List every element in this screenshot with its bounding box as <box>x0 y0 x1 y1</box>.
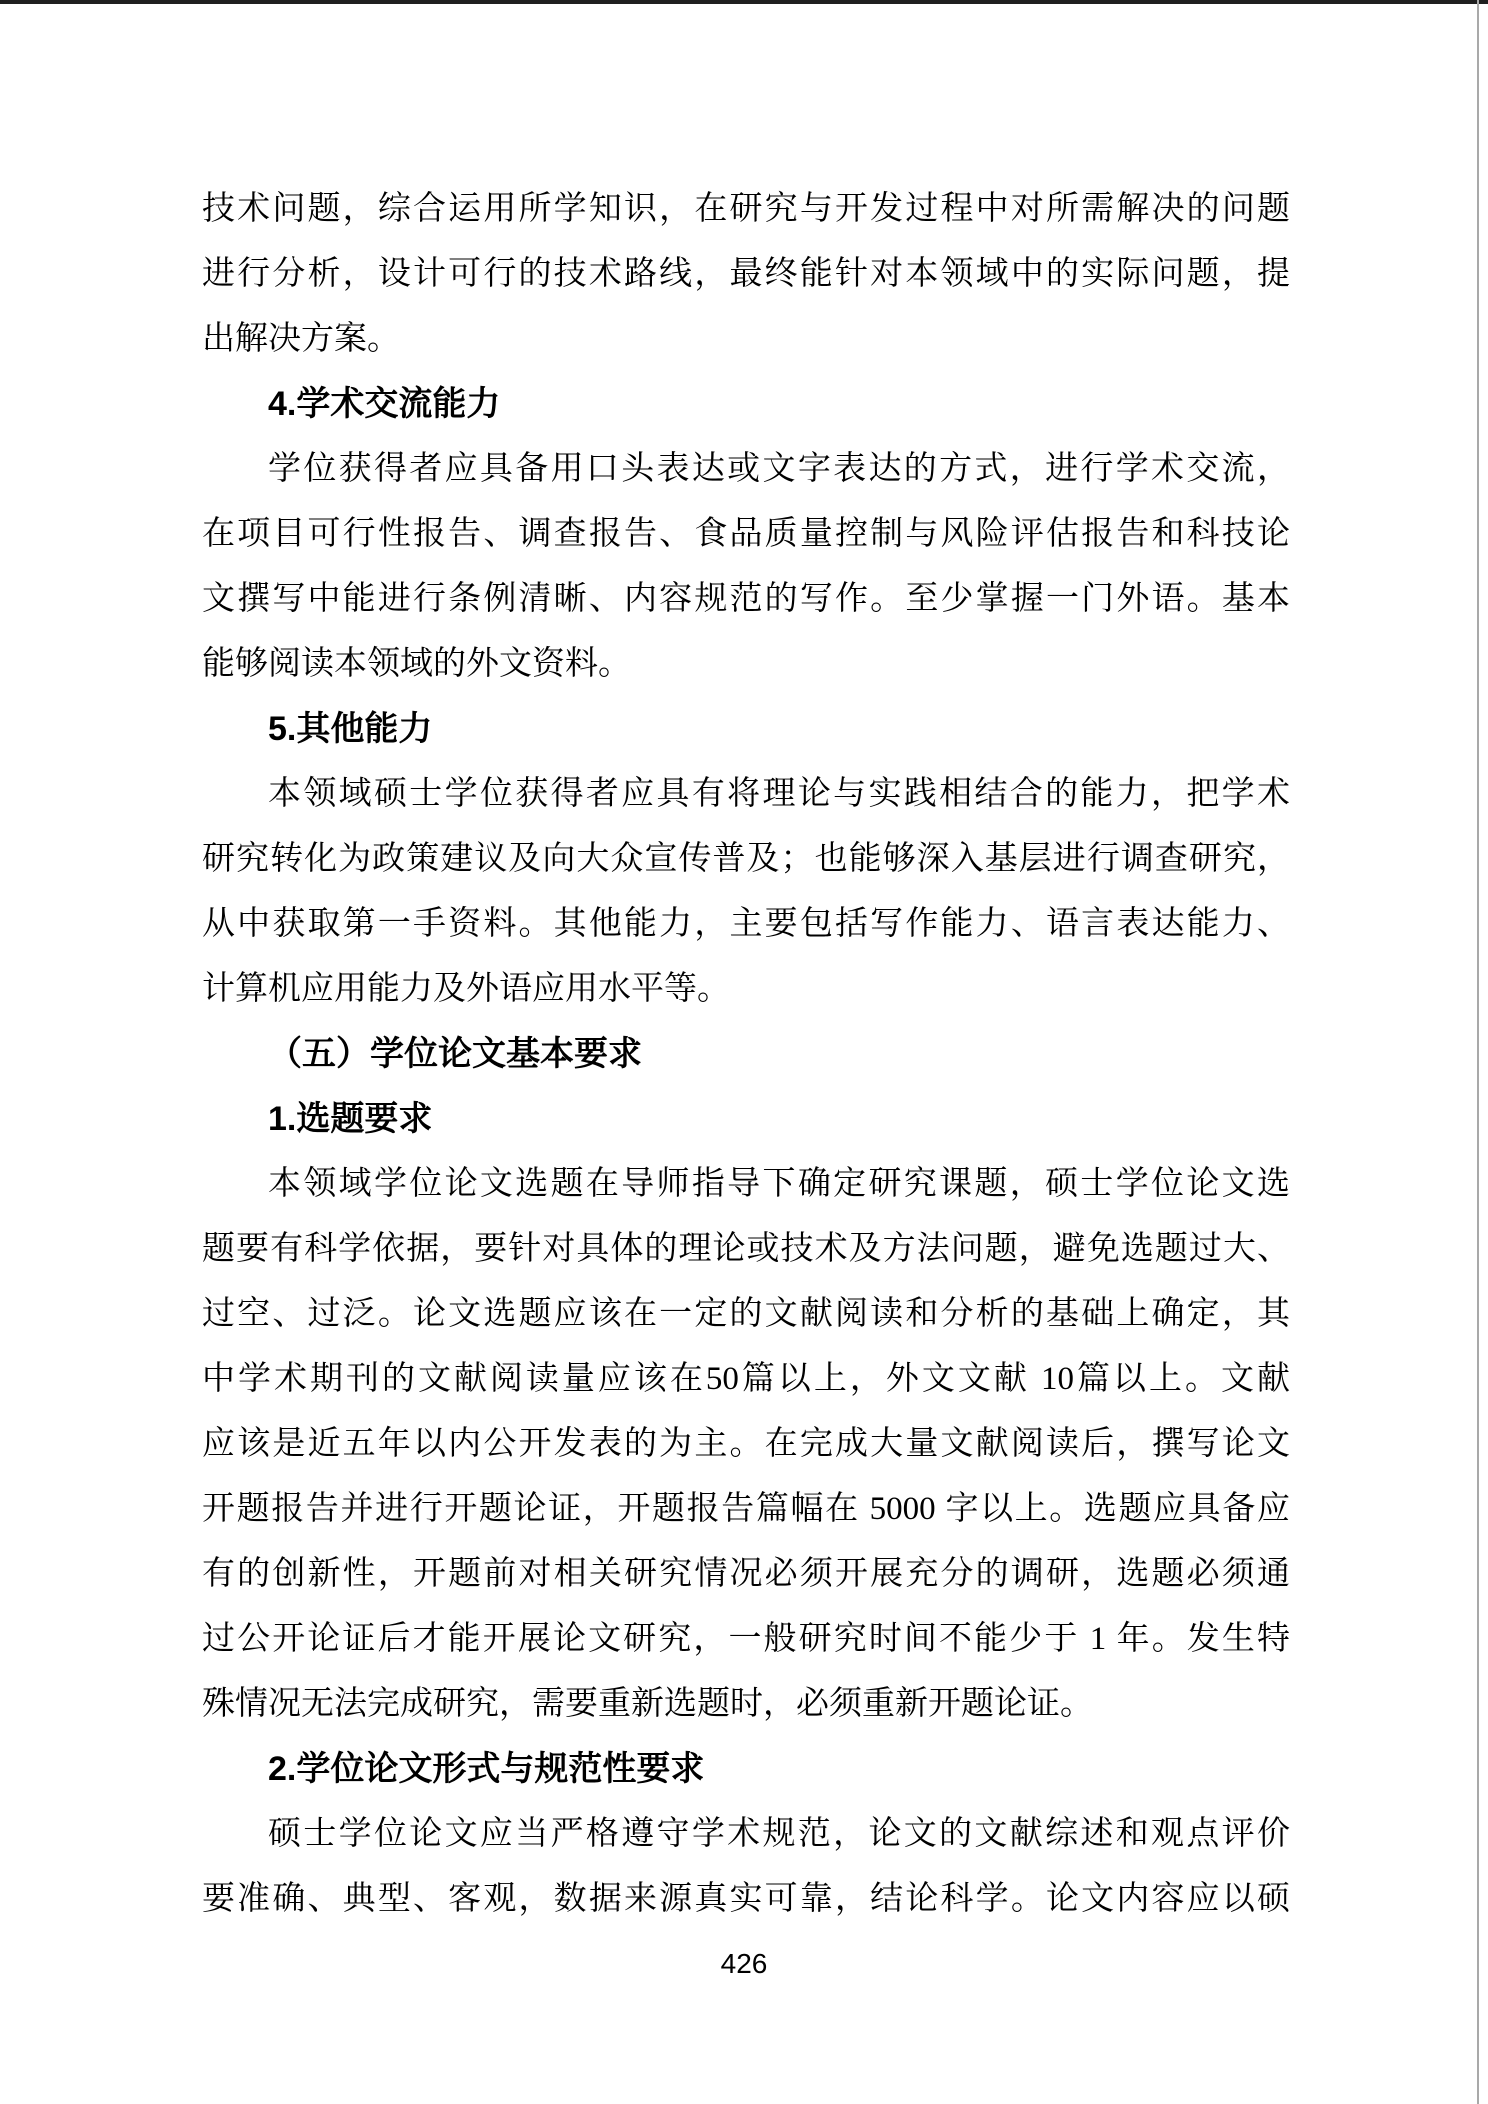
document-page: 技术问题，综合运用所学知识，在研究与开发过程中对所需解决的问题进行分析，设计可行… <box>0 0 1488 2104</box>
section-heading: 4.学术交流能力 <box>202 372 1290 437</box>
text-line: 殊情况无法完成研究，需要重新选题时，必须重新开题论证。 <box>202 1672 1290 1737</box>
text-line: 技术问题，综合运用所学知识，在研究与开发过程中对所需解决的问题 <box>202 177 1290 242</box>
text-line: 题要有科学依据，要针对具体的理论或技术及方法问题，避免选题过大、 <box>202 1217 1290 1282</box>
text-line: 本领域硕士学位获得者应具有将理论与实践相结合的能力，把学术 <box>202 762 1290 827</box>
page-number: 426 <box>0 1946 1488 1982</box>
page-right-scan-edge <box>1477 0 1479 2104</box>
section-heading: 5.其他能力 <box>202 697 1290 762</box>
section-heading: 2.学位论文形式与规范性要求 <box>202 1737 1290 1802</box>
document-body: 技术问题，综合运用所学知识，在研究与开发过程中对所需解决的问题进行分析，设计可行… <box>202 177 1290 1932</box>
text-line: 要准确、典型、客观，数据来源真实可靠，结论科学。论文内容应以硕 <box>202 1867 1290 1932</box>
text-line: 硕士学位论文应当严格遵守学术规范，论文的文献综述和观点评价 <box>202 1802 1290 1867</box>
text-line: 过公开论证后才能开展论文研究，一般研究时间不能少于 1 年。发生特 <box>202 1607 1290 1672</box>
section-heading: （五）学位论文基本要求 <box>202 1022 1290 1087</box>
text-line: 开题报告并进行开题论证，开题报告篇幅在 5000 字以上。选题应具备应 <box>202 1477 1290 1542</box>
text-line: 应该是近五年以内公开发表的为主。在完成大量文献阅读后，撰写论文 <box>202 1412 1290 1477</box>
text-line: 从中获取第一手资料。其他能力，主要包括写作能力、语言表达能力、 <box>202 892 1290 957</box>
text-line: 进行分析，设计可行的技术路线，最终能针对本领域中的实际问题，提 <box>202 242 1290 307</box>
text-line: 过空、过泛。论文选题应该在一定的文献阅读和分析的基础上确定，其 <box>202 1282 1290 1347</box>
text-line: 计算机应用能力及外语应用水平等。 <box>202 957 1290 1022</box>
text-line: 学位获得者应具备用口头表达或文字表达的方式，进行学术交流， <box>202 437 1290 502</box>
text-line: 有的创新性，开题前对相关研究情况必须开展充分的调研，选题必须通 <box>202 1542 1290 1607</box>
text-line: 中学术期刊的文献阅读量应该在50篇以上，外文文献 10篇以上。文献 <box>202 1347 1290 1412</box>
text-line: 本领域学位论文选题在导师指导下确定研究课题，硕士学位论文选 <box>202 1152 1290 1217</box>
text-line: 在项目可行性报告、调查报告、食品质量控制与风险评估报告和科技论 <box>202 502 1290 567</box>
page-top-scan-edge <box>0 0 1488 4</box>
text-line: 研究转化为政策建议及向大众宣传普及；也能够深入基层进行调查研究， <box>202 827 1290 892</box>
text-line: 出解决方案。 <box>202 307 1290 372</box>
text-line: 能够阅读本领域的外文资料。 <box>202 632 1290 697</box>
text-line: 文撰写中能进行条例清晰、内容规范的写作。至少掌握一门外语。基本 <box>202 567 1290 632</box>
section-heading: 1.选题要求 <box>202 1087 1290 1152</box>
